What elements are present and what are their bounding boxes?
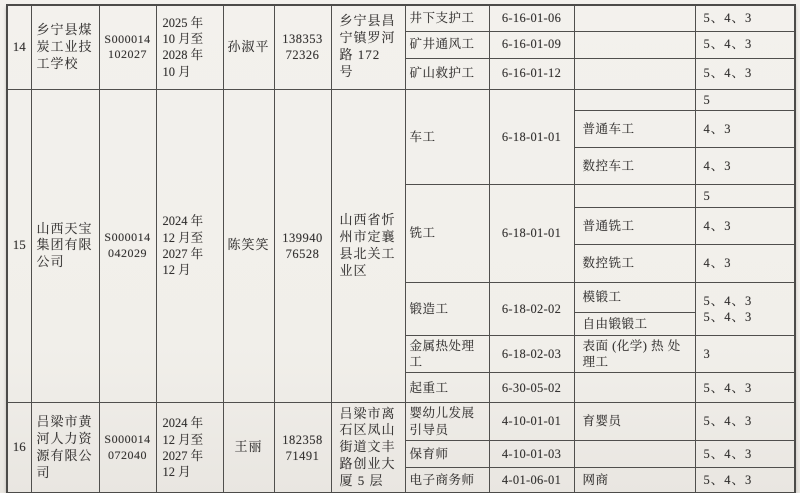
seq-cell: 16	[7, 403, 31, 493]
scanned-registry-page: { "colors": { "background": "#f1efeb", "…	[0, 0, 800, 493]
contact-cell: 孙淑平	[223, 5, 274, 89]
occupation-cell: 电子商务师	[405, 467, 489, 493]
levels-cell: 5、4、3 5、4、3	[695, 282, 795, 335]
worktype-cell	[574, 5, 695, 31]
levels-cell: 5、4、3	[695, 31, 795, 58]
worktype-cell: 数控铣工	[574, 244, 695, 282]
seq-cell: 15	[7, 89, 31, 403]
address-cell: 山西省忻州市定襄县北关工业区	[331, 89, 405, 403]
worktype-cell	[574, 184, 695, 207]
levels-cell: 5、4、3	[695, 373, 795, 403]
levels-cell: 5、4、3	[695, 403, 795, 441]
license-cell: S000014102027	[99, 5, 156, 89]
table-row: 16 吕梁市黄河人力资源有限公司 S000014072040 2024 年 12…	[7, 403, 795, 441]
worktype-cell: 数控车工	[574, 147, 695, 184]
period-cell: 2024 年 12 月至 2027 年 12 月	[156, 89, 223, 403]
levels-cell: 4、3	[695, 147, 795, 184]
phone-cell: 18235871491	[274, 403, 331, 493]
worktype-cell: 育婴员	[574, 403, 695, 441]
org-cell: 乡宁县煤炭工业技工学校	[31, 5, 99, 89]
worktype-cell	[574, 58, 695, 89]
worktype-cell: 表面 (化学) 热 处理工	[574, 335, 695, 373]
occupation-code-cell: 4-01-06-01	[489, 467, 574, 493]
occupation-cell: 起重工	[405, 373, 489, 403]
occupation-code-cell: 6-16-01-09	[489, 31, 574, 58]
worktype-cell: 普通铣工	[574, 207, 695, 244]
occupation-code-cell: 6-18-02-03	[489, 335, 574, 373]
occupation-cell: 保育师	[405, 440, 489, 467]
levels-cell: 5、4、3	[695, 440, 795, 467]
license-cell: S000014042029	[99, 89, 156, 403]
occupation-cell: 矿井通风工	[405, 31, 489, 58]
training-registry-table: 14 乡宁县煤炭工业技工学校 S000014102027 2025 年 10 月…	[6, 4, 796, 493]
table-row: 15 山西天宝集团有限公司 S000014042029 2024 年 12 月至…	[7, 89, 795, 110]
occupation-code-cell: 6-18-01-01	[489, 184, 574, 282]
levels-cell: 4、3	[695, 110, 795, 147]
occupation-cell: 锻造工	[405, 282, 489, 335]
worktype-cell	[574, 31, 695, 58]
occupation-cell: 车工	[405, 89, 489, 184]
org-cell: 山西天宝集团有限公司	[31, 89, 99, 403]
levels-cell: 5、4、3	[695, 5, 795, 31]
occupation-cell: 婴幼儿发展引导员	[405, 403, 489, 441]
occupation-code-cell: 6-16-01-06	[489, 5, 574, 31]
worktype-cell: 普通车工	[574, 110, 695, 147]
seq-cell: 14	[7, 5, 31, 89]
occupation-code-cell: 6-30-05-02	[489, 373, 574, 403]
occupation-code-cell: 4-10-01-01	[489, 403, 574, 441]
levels-cell: 4、3	[695, 207, 795, 244]
worktype-cell	[574, 373, 695, 403]
worktype-cell: 网商	[574, 467, 695, 493]
occupation-cell: 矿山救护工	[405, 58, 489, 89]
contact-cell: 王丽	[223, 403, 274, 493]
levels-cell: 3	[695, 335, 795, 373]
table-row: 14 乡宁县煤炭工业技工学校 S000014102027 2025 年 10 月…	[7, 5, 795, 31]
address-cell: 吕梁市离石区凤山街道文丰路创业大厦 5 层	[331, 403, 405, 493]
worktype-cell	[574, 89, 695, 110]
occupation-code-cell: 6-16-01-12	[489, 58, 574, 89]
levels-cell: 5	[695, 184, 795, 207]
levels-cell: 5、4、3	[695, 58, 795, 89]
occupation-code-cell: 4-10-01-03	[489, 440, 574, 467]
worktype-cell	[574, 440, 695, 467]
occupation-code-cell: 6-18-01-01	[489, 89, 574, 184]
org-cell: 吕梁市黄河人力资源有限公司	[31, 403, 99, 493]
period-cell: 2024 年 12 月至 2027 年 12 月	[156, 403, 223, 493]
levels-cell: 5、4、3	[695, 467, 795, 493]
occupation-cell: 井下支护工	[405, 5, 489, 31]
license-cell: S000014072040	[99, 403, 156, 493]
phone-cell: 13994076528	[274, 89, 331, 403]
contact-cell: 陈笑笑	[223, 89, 274, 403]
occupation-cell: 金属热处理工	[405, 335, 489, 373]
levels-cell: 4、3	[695, 244, 795, 282]
worktype-cell: 自由锻锻工	[574, 312, 695, 335]
occupation-code-cell: 6-18-02-02	[489, 282, 574, 335]
levels-line: 5、4、3	[704, 309, 787, 325]
occupation-cell: 铣工	[405, 184, 489, 282]
levels-line: 5、4、3	[704, 293, 787, 309]
address-cell: 乡宁县昌宁镇罗河路 172 号	[331, 5, 405, 89]
phone-cell: 13835372326	[274, 5, 331, 89]
worktype-cell: 模锻工	[574, 282, 695, 312]
levels-cell: 5	[695, 89, 795, 110]
period-cell: 2025 年 10 月至 2028 年 10 月	[156, 5, 223, 89]
